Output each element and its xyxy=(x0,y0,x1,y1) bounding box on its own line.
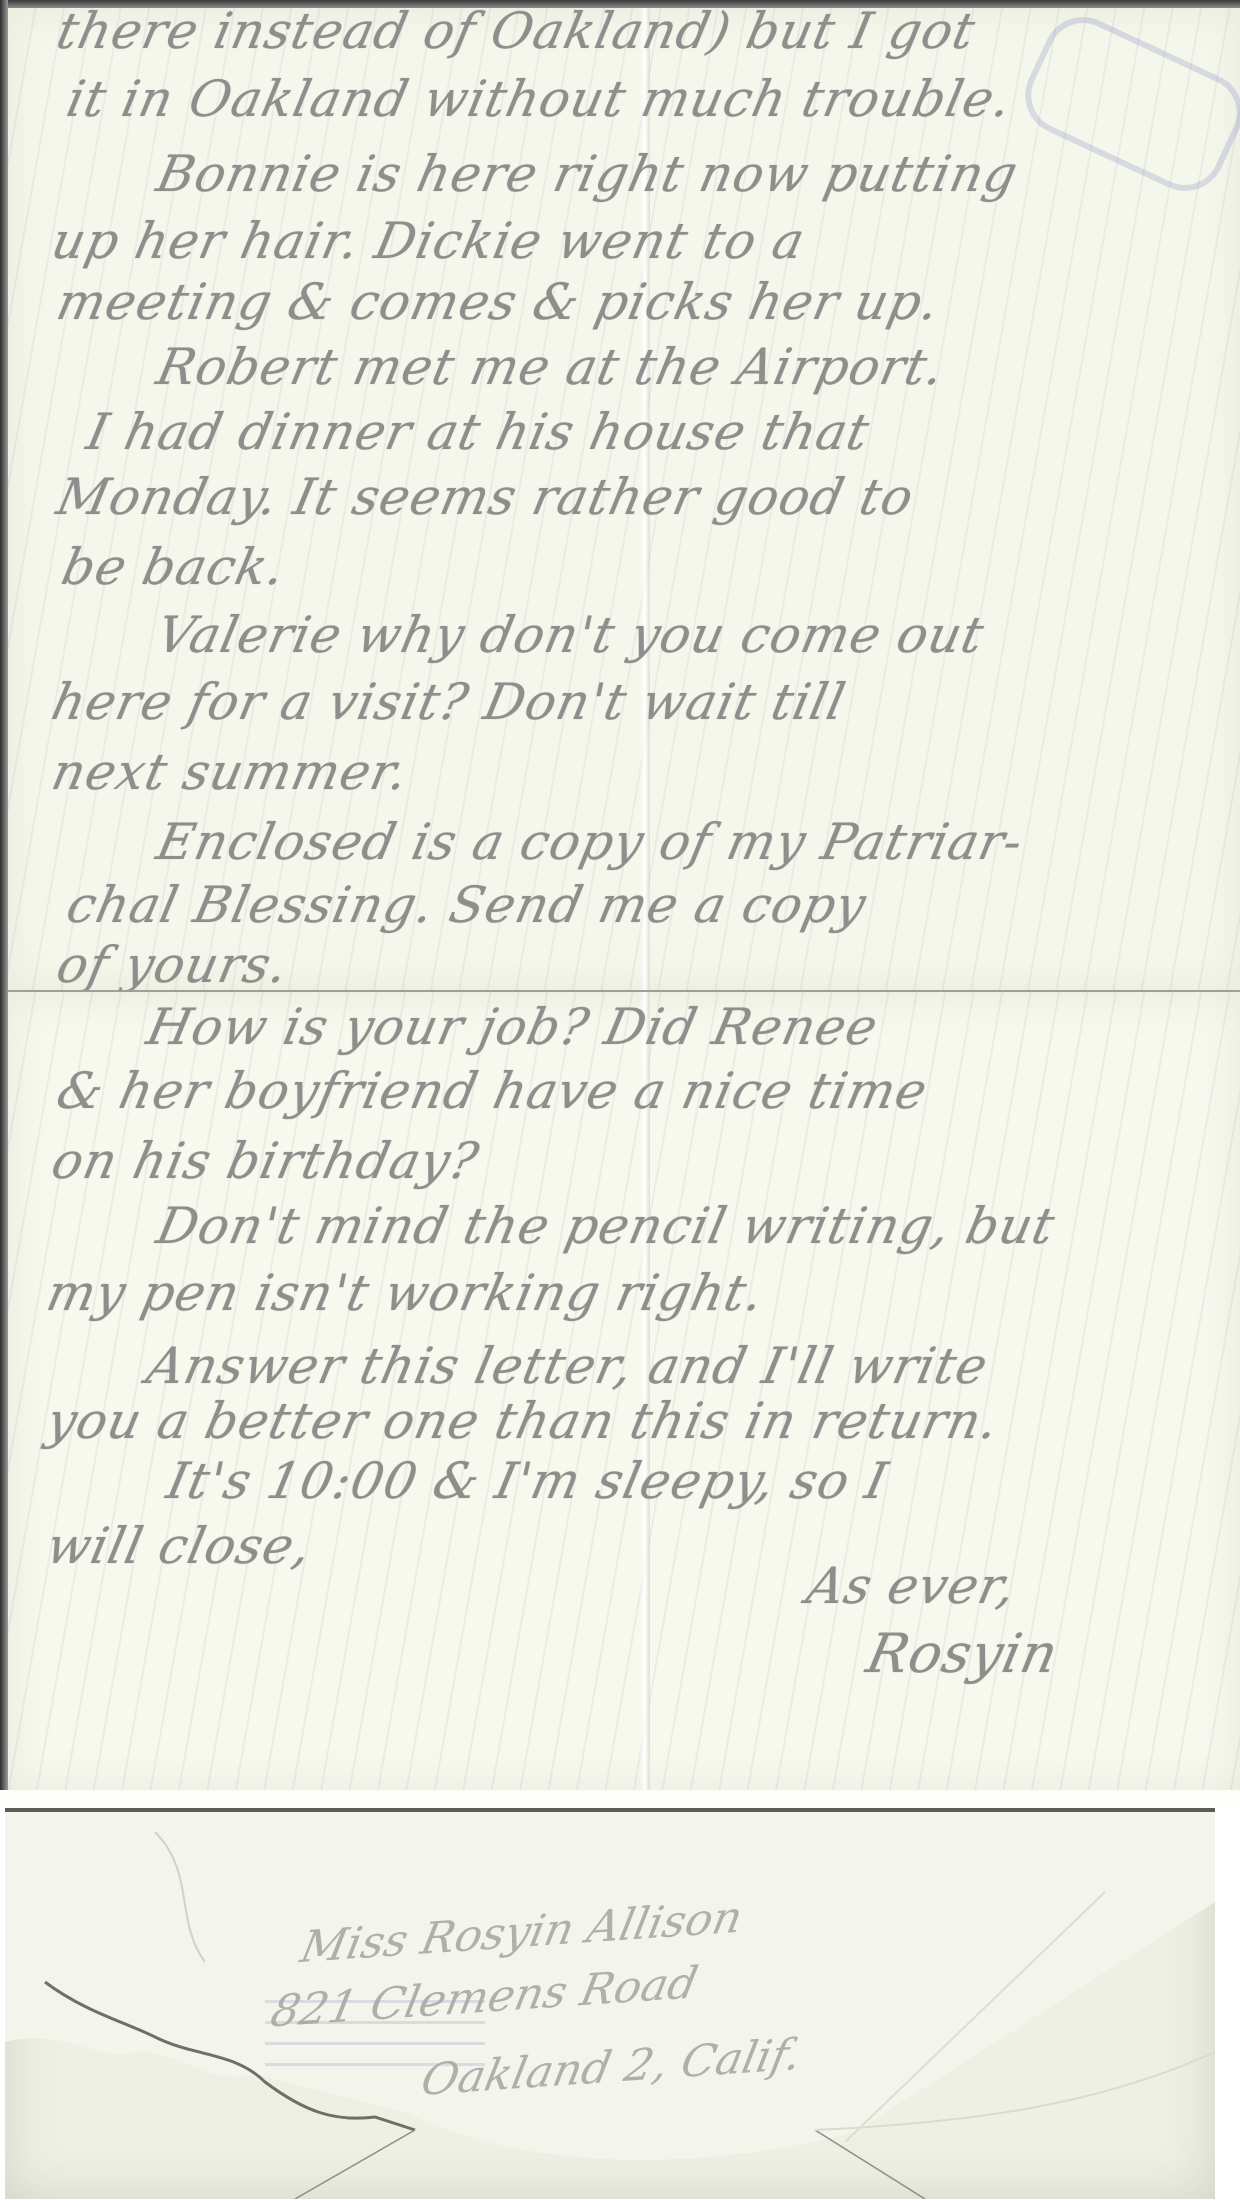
letter-line: meeting & comes & picks her up. xyxy=(52,273,945,331)
letter-line: Don't mind the pencil writing, but xyxy=(152,1197,1061,1255)
letter-line: It's 10:00 & I'm sleepy, so I xyxy=(162,1452,893,1510)
letter-line: here for a visit? Don't wait till xyxy=(47,673,851,731)
letter-line: How is your job? Did Renee xyxy=(142,998,884,1056)
letter-line: Valerie why don't you come out xyxy=(152,606,990,664)
letter-line: on his birthday? xyxy=(47,1132,484,1190)
letter-line: next summer. xyxy=(47,743,414,801)
letter-sheet-upper: there instead of Oakland) but I got it i… xyxy=(8,8,1240,990)
scan-edge-left xyxy=(0,0,8,1790)
letter-line: I had dinner at his house that xyxy=(82,403,875,461)
letter-line: my pen isn't working right. xyxy=(42,1264,769,1322)
letter-line: Enclosed is a copy of my Patriar- xyxy=(152,813,1029,871)
scan-gap xyxy=(0,1790,1240,1808)
closing: As ever, xyxy=(802,1557,1022,1615)
letter-line: there instead of Oakland) but I got xyxy=(52,2,981,60)
signature: Rosyin xyxy=(861,1622,1064,1685)
letter-line: you a better one than this in return. xyxy=(42,1392,1004,1450)
letter-line: & her boyfriend have a nice time xyxy=(52,1062,933,1120)
letter-line: it in Oakland without much trouble. xyxy=(62,70,1017,128)
letter-line: Answer this letter, and I'll write xyxy=(142,1337,994,1395)
letter-line: of yours. xyxy=(52,936,294,994)
letter-line: will close, xyxy=(42,1517,317,1575)
envelope-back: Miss Rosyin Allison 821 Clemens Road Oak… xyxy=(5,1808,1215,2199)
letter-sheet-lower: How is your job? Did Renee & her boyfrie… xyxy=(8,990,1240,1792)
letter-line: Monday. It seems rather good to xyxy=(52,468,919,526)
letter-line: Robert met me at the Airport. xyxy=(152,338,950,396)
letter-line: up her hair. Dickie went to a xyxy=(47,212,811,270)
letter-line: be back. xyxy=(57,538,291,596)
letter-line: chal Blessing. Send me a copy xyxy=(62,876,872,934)
letter-line: Bonnie is here right now putting xyxy=(152,145,1023,203)
